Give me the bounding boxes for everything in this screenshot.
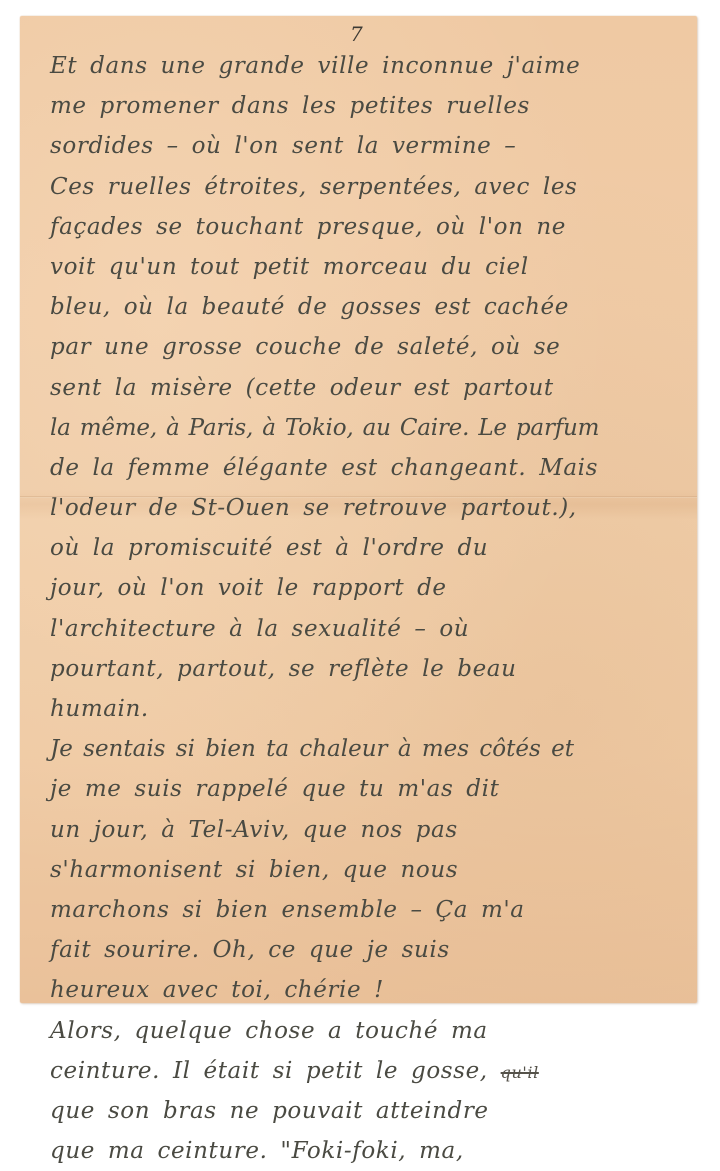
text-line: voit qu'un tout petit morceau du ciel: [50, 247, 690, 287]
text-line: Et dans une grande ville inconnue j'aime: [50, 46, 690, 86]
text-line: Alors, quelque chose a touché ma: [50, 1011, 690, 1025]
text-line: s'harmonisent si bien, que nous: [50, 850, 690, 890]
page-number: 7: [350, 22, 363, 46]
letter-page: 7 Et dans une grande ville inconnue j'ai…: [20, 16, 697, 1003]
text-line: bleu, où la beauté de gosses est cachée: [50, 287, 690, 327]
text-line: sordides – où l'on sent la vermine –: [50, 126, 690, 166]
text-line: humain.: [50, 689, 690, 729]
text-line: un jour, à Tel-Aviv, que nos pas: [50, 810, 690, 850]
text-line: me promener dans les petites ruelles: [50, 86, 690, 126]
text-line: façades se touchant presque, où l'on ne: [50, 207, 690, 247]
text-line: l'architecture à la sexualité – où: [50, 609, 690, 649]
text-line: je me suis rappelé que tu m'as dit: [50, 769, 690, 809]
text-line: fait sourire. Oh, ce que je suis: [50, 930, 690, 970]
text-line: Je sentais si bien ta chaleur à mes côté…: [50, 729, 690, 769]
text-line: la même, à Paris, à Tokio, au Caire. Le …: [50, 408, 690, 448]
text-line: Ces ruelles étroites, serpentées, avec l…: [50, 167, 690, 207]
text-line: heureux avec toi, chérie !: [50, 970, 690, 1010]
handwritten-text-body: Et dans une grande ville inconnue j'aime…: [50, 46, 690, 1024]
text-line: jour, où l'on voit le rapport de: [50, 568, 690, 608]
text-line: sent la misère (cette odeur est partout: [50, 368, 690, 408]
text-line: par une grosse couche de saleté, où se: [50, 327, 690, 367]
text-line: pourtant, partout, se reflète le beau: [50, 649, 690, 689]
text-line: où la promiscuité est à l'ordre du: [50, 528, 690, 568]
text-line: marchons si bien ensemble – Ça m'a: [50, 890, 690, 930]
text-line: l'odeur de St-Ouen se retrouve partout.)…: [50, 488, 690, 528]
text-line: de la femme élégante est changeant. Mais: [50, 448, 690, 488]
